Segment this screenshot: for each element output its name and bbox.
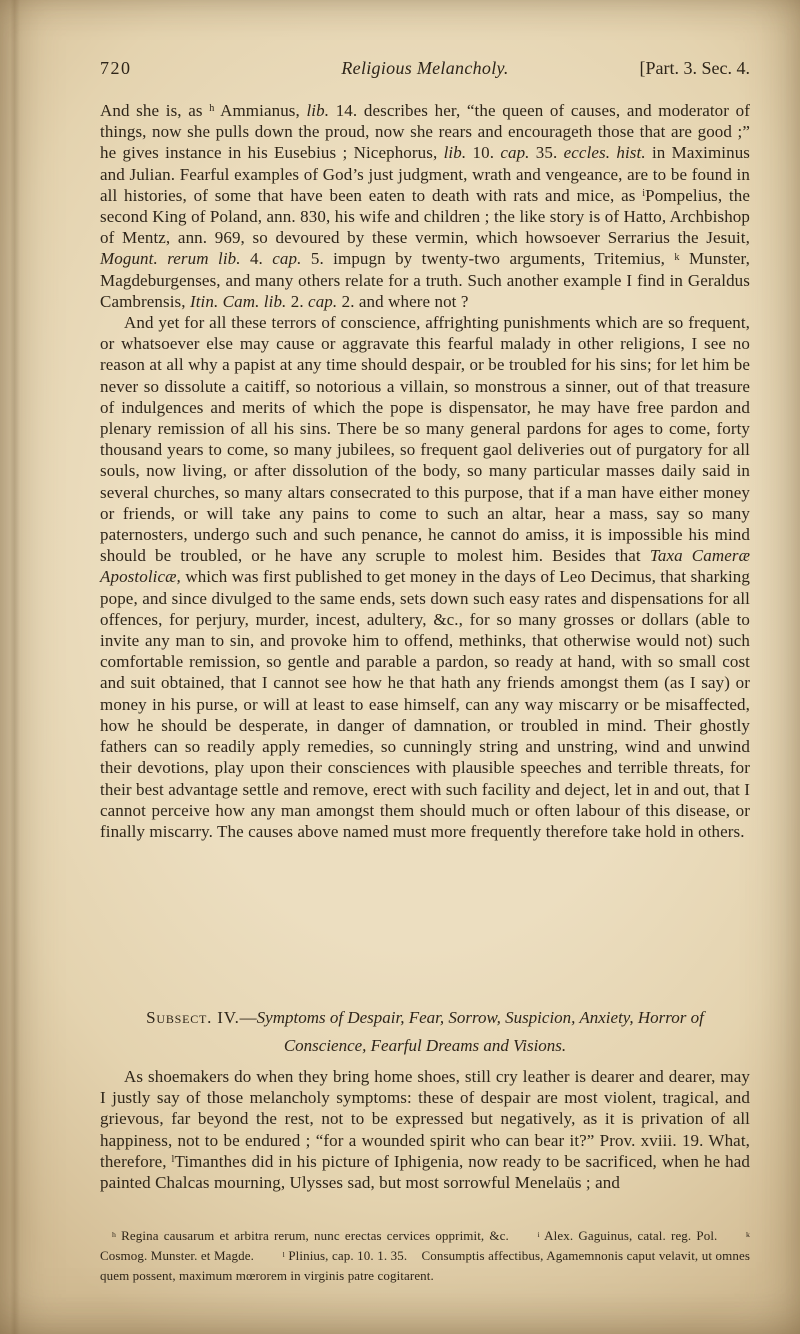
body-paragraph-1: And she is, as h Ammianus, lib. 14. desc… xyxy=(100,100,750,312)
text-segment: Cosmog. Munster. et Magde. xyxy=(100,1248,254,1263)
text-segment: Symptoms of Despair, Fear, Sorrow, Suspi… xyxy=(257,1008,704,1055)
text-segment: And she is, as xyxy=(100,101,209,120)
text-segment: lib. xyxy=(306,101,329,120)
text-segment: Timanthes did in his picture of Iphigeni… xyxy=(100,1152,750,1192)
text-segment: h xyxy=(209,103,214,114)
text-segment: 4. xyxy=(241,249,273,268)
text-segment: i xyxy=(642,188,645,199)
text-segment: eccles. hist. xyxy=(564,143,646,162)
body-paragraph-3: As shoemakers do when they bring home sh… xyxy=(100,1066,750,1193)
section-label: [Part. 3. Sec. 4. xyxy=(640,57,750,79)
text-segment: Itin. Cam. lib. xyxy=(190,292,286,311)
gutter-shadow xyxy=(10,0,20,1334)
subsection-heading: Subsect. IV.—Symptoms of Despair, Fear, … xyxy=(100,1004,750,1059)
text-segment: 10. xyxy=(466,143,500,162)
body-text-block: And she is, as h Ammianus, lib. 14. desc… xyxy=(100,100,750,842)
text-segment: cap. xyxy=(308,292,337,311)
text-segment: 5. impugn by twenty-two arguments, Trite… xyxy=(301,249,674,268)
text-segment: Regina causarum et arbitra rerum, nunc e… xyxy=(116,1228,509,1243)
text-segment: Ammianus, xyxy=(214,101,306,120)
text-segment: h xyxy=(112,1230,116,1239)
text-segment: 2. xyxy=(286,292,308,311)
text-segment: — xyxy=(240,1008,257,1027)
text-segment: Subsect. IV. xyxy=(146,1008,240,1027)
text-segment: And yet for all these terrors of conscie… xyxy=(100,313,750,565)
text-segment: 2. and where not ? xyxy=(337,292,468,311)
text-segment: lib. xyxy=(444,143,467,162)
text-segment: 35. xyxy=(530,143,564,162)
text-segment: i xyxy=(537,1230,539,1239)
body-paragraph-3-block: As shoemakers do when they bring home sh… xyxy=(100,1066,750,1193)
text-segment: Plinius, cap. 10. 1. 35. xyxy=(285,1248,407,1263)
book-page-scan: 720 Religious Melancholy. [Part. 3. Sec.… xyxy=(0,0,800,1334)
text-segment: k xyxy=(674,252,679,263)
footnote: h Regina causarum et arbitra rerum, nunc… xyxy=(100,1226,750,1286)
text-segment: cap. xyxy=(500,143,529,162)
text-segment: Alex. Gaguinus, catal. reg. Pol. xyxy=(540,1228,718,1243)
text-segment: Mogunt. rerum lib. xyxy=(100,249,241,268)
text-segment: l xyxy=(283,1250,285,1259)
body-paragraph-2: And yet for all these terrors of conscie… xyxy=(100,312,750,842)
text-segment: k xyxy=(746,1230,750,1239)
text-segment: cap. xyxy=(272,249,301,268)
text-segment: which was first published to get money i… xyxy=(100,567,750,840)
